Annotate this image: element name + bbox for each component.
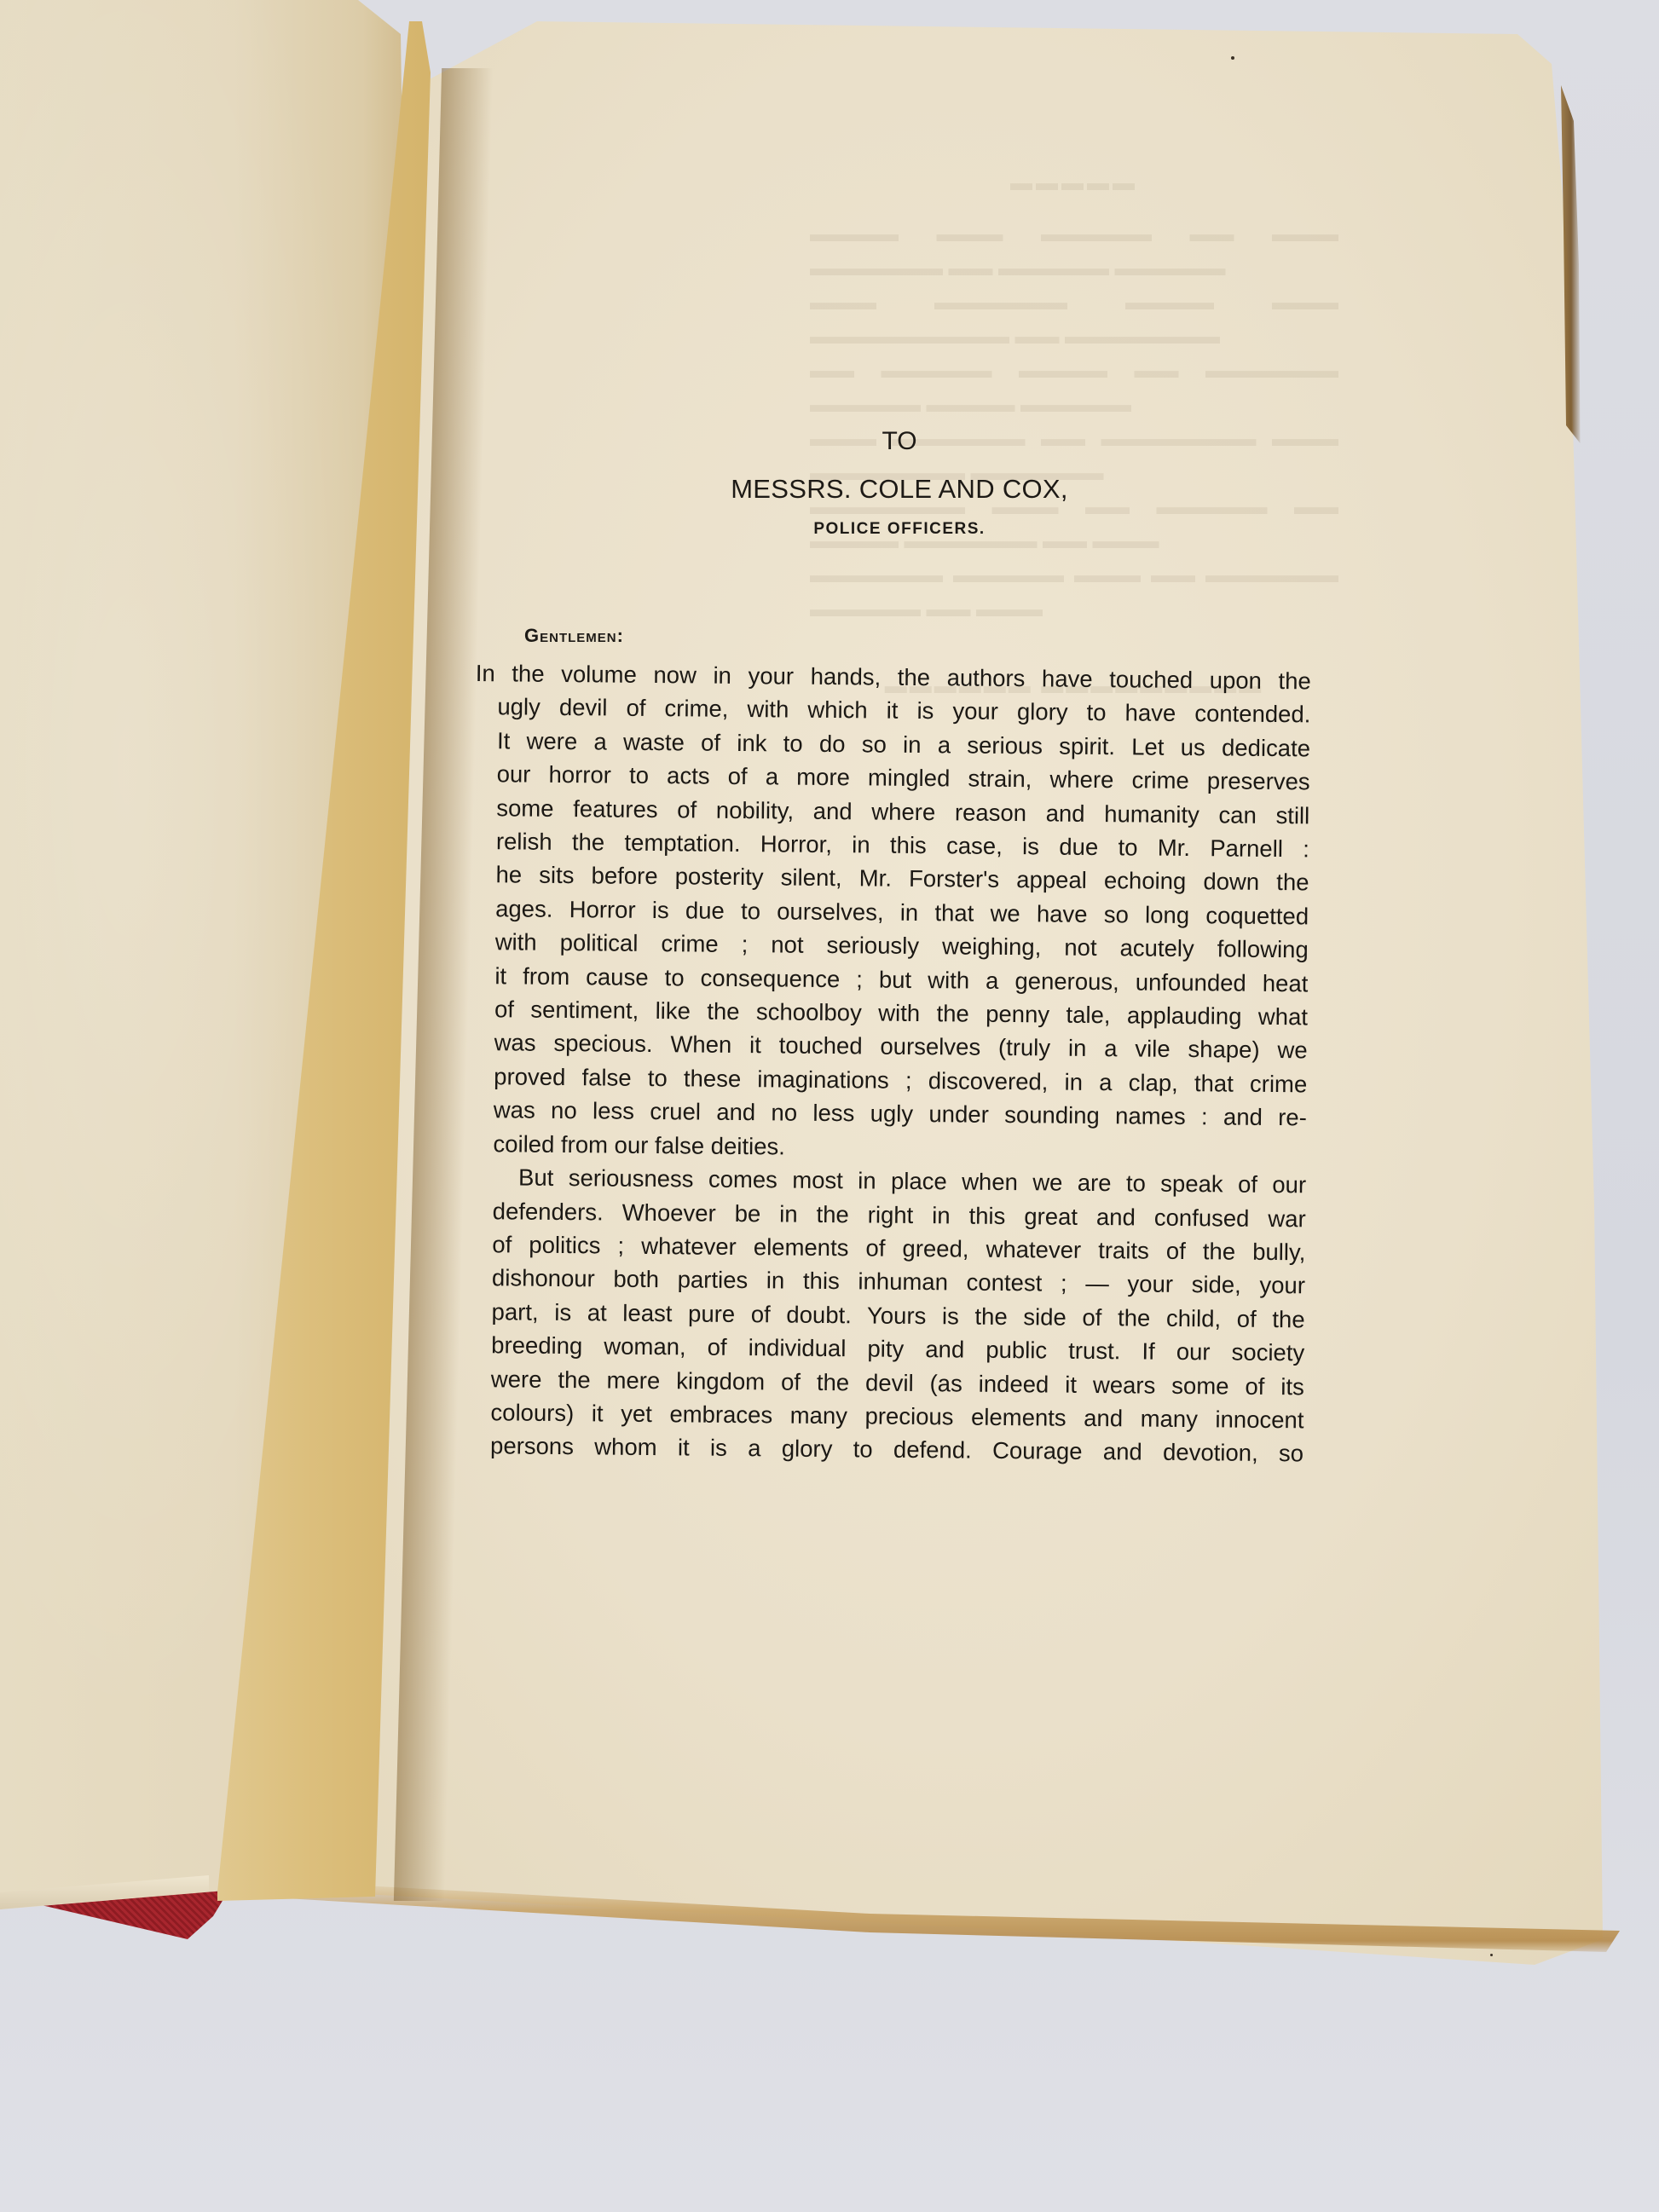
letter-body: In the volume now in your hands, the aut… — [468, 656, 1311, 1470]
dedication-names: MESSRS. COLE AND COX, — [716, 472, 1083, 506]
letter-salutation: Gentlemen: — [524, 625, 624, 647]
paper-speck — [1490, 1954, 1493, 1956]
dedication-to: TO — [716, 424, 1083, 459]
paragraph-2: But seriousness comes most in place when… — [468, 1160, 1306, 1470]
dedication-heading: TO MESSRS. COLE AND COX, POLICE OFFICERS… — [716, 424, 1083, 542]
dedication-role: POLICE OFFICERS. — [716, 517, 1083, 542]
paragraph-1: In the volume now in your hands, the aut… — [471, 656, 1311, 1168]
paper-speck — [1231, 56, 1234, 60]
